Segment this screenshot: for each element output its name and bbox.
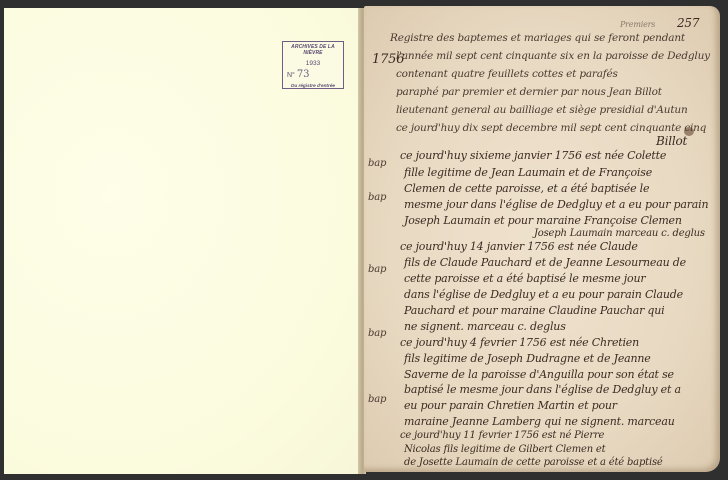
- entry-line: fille legitime de Jean Laumain et de Fra…: [404, 166, 652, 179]
- stamp-year: 1933: [283, 60, 343, 67]
- entry-line: Clemen de cette paroisse, et a été bapti…: [404, 182, 649, 195]
- entry-line: ce jourd'huy 14 janvier 1756 est née Cla…: [400, 240, 638, 253]
- entry-line: Joseph Laumain et pour maraine Françoise…: [404, 214, 682, 227]
- stamp-title: ARCHIVES DE LA NIÈVRE: [283, 44, 343, 56]
- page-number: 257: [677, 16, 699, 30]
- entry-line: maraine Jeanne Lamberg qui ne signent. m…: [404, 415, 675, 428]
- entry-line: fils de Claude Pauchard et de Jeanne Les…: [404, 256, 686, 269]
- entry-signature: Joseph Laumain marceau c. deglus: [534, 228, 705, 239]
- entry-line: ne signent. marceau c. deglus: [404, 320, 566, 333]
- ink-stain: [684, 127, 694, 136]
- entry-line: fils legitime de Joseph Dudragne et de J…: [404, 352, 651, 365]
- entry-margin-label: bap: [368, 394, 386, 405]
- entry-margin-label: bap: [368, 264, 386, 275]
- header-line: ce jourd'huy dix sept decembre mil sept …: [396, 122, 706, 134]
- entry-line: eu pour parain Chretien Martin et pour: [404, 399, 617, 412]
- entry-line: Saverne de la paroisse d'Anguilla pour s…: [404, 368, 674, 381]
- entry-line: de Josette Laumain de cette paroisse et …: [404, 457, 663, 468]
- header-line: paraphé par premier et dernier par nous …: [396, 86, 662, 98]
- entry-line: ce jourd'huy 4 fevrier 1756 est née Chre…: [400, 336, 639, 349]
- entry-line: Nicolas fils legitime de Gilbert Clemen …: [404, 444, 605, 455]
- header-line: contenant quatre feuillets cottes et par…: [396, 68, 618, 80]
- stamp-number-label: N°: [287, 72, 295, 79]
- header-line: Registre des baptemes et mariages qui se…: [390, 32, 685, 44]
- document-viewer: ARCHIVES DE LA NIÈVRE 1933 N° 73 Du régi…: [0, 0, 728, 480]
- folio-note: Premiers: [620, 20, 655, 29]
- left-page-flyleaf: ARCHIVES DE LA NIÈVRE 1933 N° 73 Du régi…: [4, 8, 362, 474]
- stamp-number: N° 73: [283, 69, 343, 80]
- right-page-manuscript: Premiers 257 1756 Registre des baptemes …: [364, 6, 720, 472]
- header-signature: Billot: [656, 134, 687, 148]
- header-line: l'année mil sept cent cinquante six en l…: [396, 50, 710, 62]
- entry-line: Pauchard et pour maraine Claudine Paucha…: [404, 304, 664, 317]
- entry-line: mesme jour dans l'église de Dedgluy et a…: [404, 198, 708, 211]
- entry-margin-label: bap: [368, 328, 386, 339]
- entry-line: cette paroisse et a été baptisé le mesme…: [404, 272, 645, 285]
- entry-line: ce jourd'huy sixieme janvier 1756 est né…: [400, 149, 666, 162]
- entry-margin-label: bap: [368, 192, 386, 203]
- entry-line: dans l'église de Dedgluy et a eu pour pa…: [404, 288, 683, 301]
- stamp-footer: Du régistre d'entrée: [283, 83, 343, 88]
- header-line: lieutenant general au bailliage et siège…: [396, 104, 688, 116]
- entry-margin-label: bap: [368, 158, 386, 169]
- entry-line: ce jourd'huy 11 fevrier 1756 est né Pier…: [400, 430, 604, 441]
- archive-stamp: ARCHIVES DE LA NIÈVRE 1933 N° 73 Du régi…: [282, 41, 344, 89]
- entry-line: baptisé le mesme jour dans l'église de D…: [404, 383, 681, 396]
- stamp-number-value: 73: [297, 69, 310, 80]
